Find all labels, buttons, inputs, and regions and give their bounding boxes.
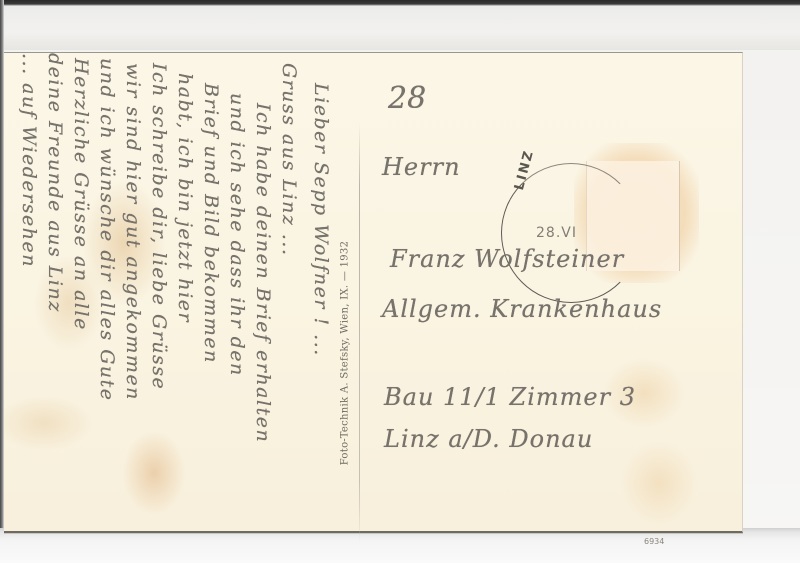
publisher-imprint: Foto-Technik A. Stefsky, Wien, IX. — 193… — [340, 241, 351, 466]
message-line: Herzliche Grüsse an alle — [70, 58, 92, 331]
plastic-sleeve-bottom — [0, 528, 800, 563]
message-line: Lieber Sepp Wolfner ! ... — [310, 83, 332, 357]
address-line-1: Franz Wolfsteiner — [390, 245, 624, 273]
number-mark: 28 — [388, 81, 426, 116]
message-line: wir sind hier gut angekommen — [122, 63, 144, 401]
message-line: ... auf Wiedersehen — [18, 53, 40, 268]
postcard: Foto-Technik A. Stefsky, Wien, IX. — 193… — [4, 52, 743, 533]
serial-number: 6934 — [644, 537, 664, 546]
plastic-sleeve-top — [0, 6, 800, 50]
address-line-3: Bau 11/1 Zimmer 3 — [384, 383, 636, 411]
salutation: Herrn — [382, 153, 461, 181]
message-line: habt, ich bin jetzt hier — [174, 73, 196, 323]
message-line: Ich schreibe dir, liebe Grüsse — [148, 63, 170, 390]
message-line: Ich habe deinen Brief erhalten — [252, 103, 274, 443]
message-line: und ich wünsche dir alles Gute — [96, 58, 118, 402]
message-line: Gruss aus Linz ... — [278, 63, 300, 257]
message-line: deine Freunde aus Linz — [44, 53, 66, 313]
center-divider-line — [359, 123, 360, 543]
message-line: und ich sehe dass ihr den — [226, 93, 248, 377]
message-line: Brief und Bild bekommen — [200, 83, 222, 364]
postmark-date: 28.VI — [536, 225, 577, 241]
address-line-4: Linz a/D. Donau — [384, 425, 593, 453]
address-line-2: Allgem. Krankenhaus — [382, 295, 662, 323]
